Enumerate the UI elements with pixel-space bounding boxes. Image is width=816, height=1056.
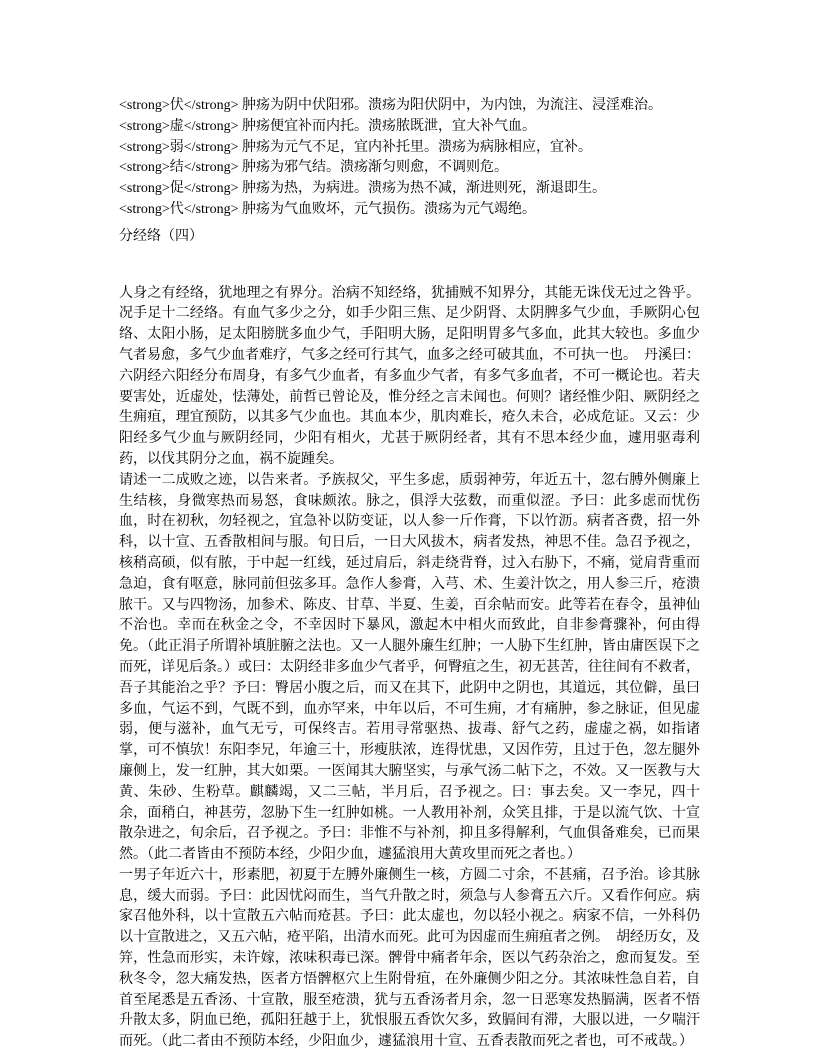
pulse-line: <strong>促</strong> 肿疡为热，为病进。溃疡为热不减，渐进则死，…: [119, 179, 700, 200]
pulse-line: <strong>代</strong> 肿疡为气血败坏，元气损伤。溃疡为元气竭绝。: [119, 200, 700, 221]
pulse-line: <strong>虚</strong> 肿疡便宜补而内托。溃疡脓既泄，宜大补气血。: [119, 117, 700, 138]
body-paragraph-more-cases: 一男子年近六十，形素肥，初夏于左膊外廉侧生一核，方圆二寸余，不甚痛，召予治。诊其…: [119, 866, 700, 1053]
body-paragraph-intro: 人身之有经络，犹地理之有界分。治病不知经络，犹捕贼不知界分，其能无诛伐无过之咎乎…: [119, 284, 700, 471]
pulse-line: <strong>伏</strong> 肿疡为阴中伏阳邪。溃疡为阳伏阴中，为内蚀，…: [119, 96, 700, 117]
pulse-type-list: <strong>伏</strong> 肿疡为阴中伏阳邪。溃疡为阳伏阴中，为内蚀，…: [119, 96, 700, 221]
document-page: <strong>伏</strong> 肿疡为阴中伏阳邪。溃疡为阳伏阴中，为内蚀，…: [119, 96, 700, 1053]
body-paragraph-cases: 请述一二成败之迹，以告来者。予族叔父，平生多虑，质弱神劳，年近五十，忽右膊外侧廉…: [119, 471, 700, 866]
section-heading: 分经络（四）: [119, 227, 700, 248]
pulse-line: <strong>弱</strong> 肿疡为元气不足，宜内补托里。溃疡为病脉相应…: [119, 138, 700, 159]
pulse-line: <strong>结</strong> 肿疡为邪气结。溃疡渐匀则愈，不调则危。: [119, 158, 700, 179]
